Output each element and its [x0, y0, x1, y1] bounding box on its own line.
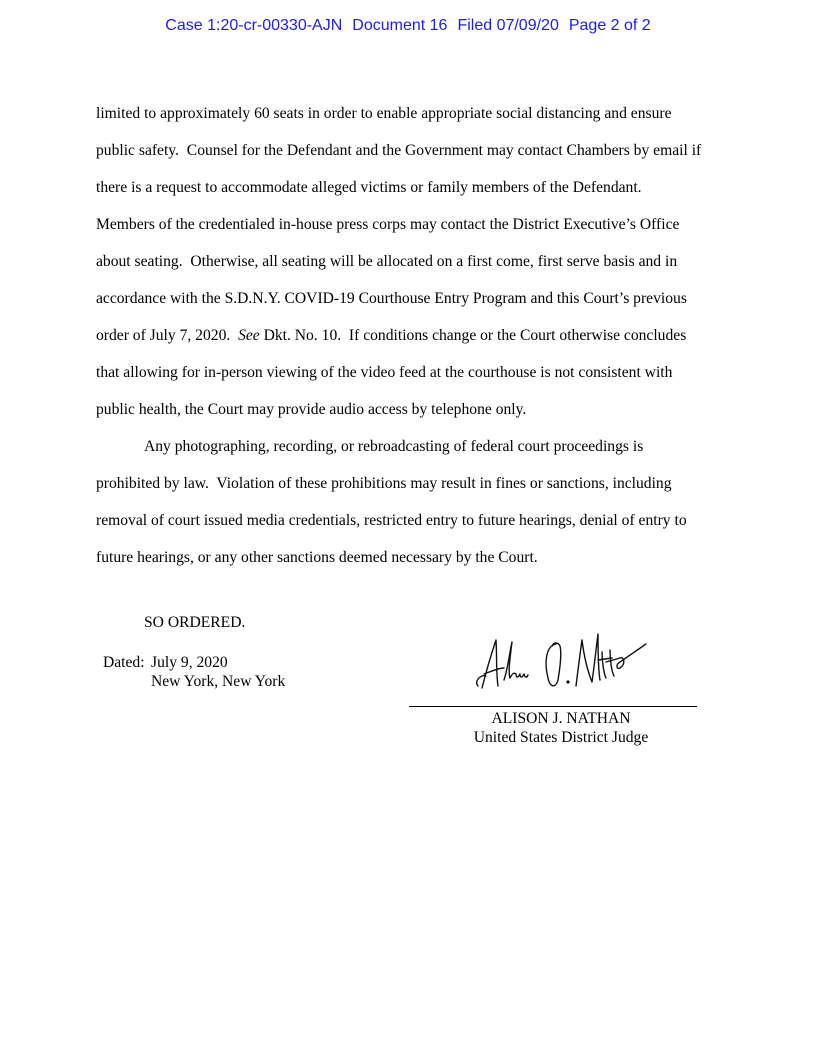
body-line: there is a request to accommodate allege…: [96, 169, 726, 206]
body-line: future hearings, or any other sanctions …: [96, 539, 726, 576]
so-ordered: SO ORDERED.: [144, 614, 245, 632]
dated-label: Dated:: [103, 653, 151, 672]
page-number: Page 2 of 2: [569, 17, 651, 34]
body-line: order of July 7, 2020. See Dkt. No. 10. …: [96, 317, 726, 354]
signature-line: [409, 706, 697, 707]
body-line: prohibited by law. Violation of these pr…: [96, 465, 726, 502]
body-text-segment: Dkt. No. 10. If conditions change or the…: [260, 327, 687, 344]
document-page: Case 1:20-cr-00330-AJNDocument 16Filed 0…: [0, 0, 816, 1056]
court-filing-header: Case 1:20-cr-00330-AJNDocument 16Filed 0…: [0, 17, 816, 35]
body-line: public safety. Counsel for the Defendant…: [96, 132, 726, 169]
judge-name: ALISON J. NATHAN: [409, 709, 713, 728]
body-text-segment: order of July 7, 2020.: [96, 327, 238, 344]
body-line: public health, the Court may provide aud…: [96, 391, 726, 428]
order-body: limited to approximately 60 seats in ord…: [96, 95, 726, 576]
body-line: about seating. Otherwise, all seating wi…: [96, 243, 726, 280]
citation-signal: See: [238, 327, 260, 344]
body-line: limited to approximately 60 seats in ord…: [96, 95, 726, 132]
case-number: Case 1:20-cr-00330-AJN: [165, 17, 342, 34]
body-line: that allowing for in-person viewing of t…: [96, 354, 726, 391]
order-date: July 9, 2020: [151, 654, 228, 671]
body-line: accordance with the S.D.N.Y. COVID-19 Co…: [96, 280, 726, 317]
dated-block: Dated:July 9, 2020 New York, New York: [103, 653, 285, 691]
order-location: New York, New York: [103, 672, 285, 691]
body-line: removal of court issued media credential…: [96, 502, 726, 539]
judge-block: ALISON J. NATHAN United States District …: [409, 709, 713, 747]
filed-date: Filed 07/09/20: [457, 17, 558, 34]
judge-title: United States District Judge: [409, 728, 713, 747]
document-number: Document 16: [352, 17, 447, 34]
signature-icon: [470, 628, 650, 700]
body-line: Members of the credentialed in-house pre…: [96, 206, 726, 243]
body-line: Any photographing, recording, or rebroad…: [96, 428, 726, 465]
